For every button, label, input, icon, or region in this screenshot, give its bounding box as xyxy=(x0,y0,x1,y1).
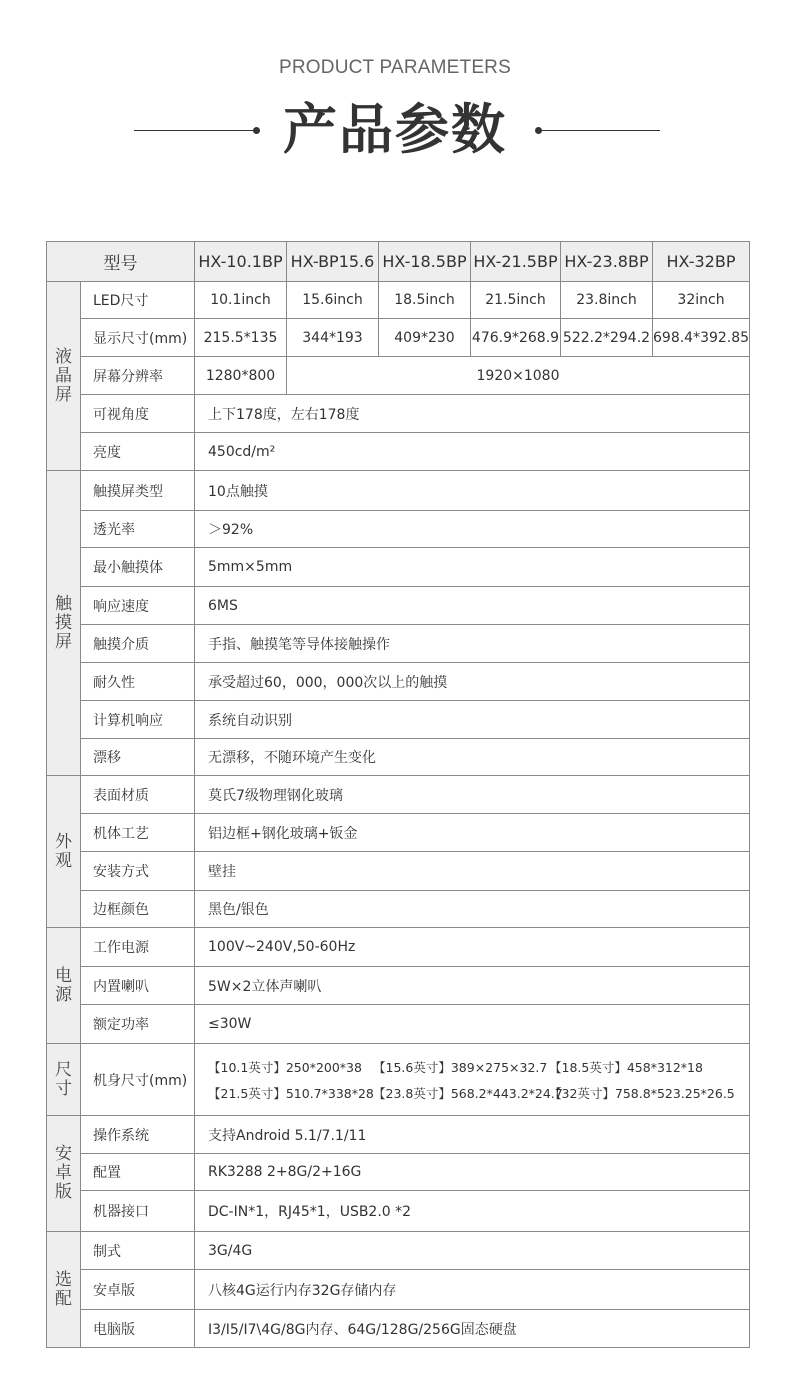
group-label-options: 选配 xyxy=(47,1232,81,1348)
dimension-value: 【21.5英寸】510.7*338*28 xyxy=(208,1084,373,1102)
cell-value: 100V~240V,50-60Hz xyxy=(195,928,750,967)
row-label: 安装方式 xyxy=(81,852,195,891)
cell-value: 10.1inch xyxy=(195,282,287,319)
row-label: 可视角度 xyxy=(81,395,195,433)
cell-value: 15.6inch xyxy=(287,282,379,319)
row-label: 电脑版 xyxy=(81,1310,195,1348)
table-header-row: 型号 HX-10.1BP HX-BP15.6 HX-18.5BP HX-21.5… xyxy=(47,242,750,282)
cell-value: 无漂移，不随环境产生变化 xyxy=(195,739,750,776)
row-label: 计算机响应 xyxy=(81,701,195,739)
table-row: 安卓版 八核4G运行内存32G存储内存 xyxy=(47,1270,750,1310)
row-label: 触摸屏类型 xyxy=(81,471,195,511)
table-row: 边框颜色 黑色/银色 xyxy=(47,891,750,928)
model-header: HX-32BP xyxy=(653,242,750,282)
dimension-value: 【32英寸】758.8*523.25*26.5 xyxy=(549,1084,719,1102)
row-label: 表面材质 xyxy=(81,776,195,814)
table-row: 选配 制式 3G/4G xyxy=(47,1232,750,1270)
table-row: 漂移 无漂移，不随环境产生变化 xyxy=(47,739,750,776)
dimension-value: 【10.1英寸】250*200*38 xyxy=(208,1058,373,1076)
cell-value: 5W×2立体声喇叭 xyxy=(195,967,750,1005)
table-row: 安卓版 操作系统 支持Android 5.1/7.1/11 xyxy=(47,1116,750,1154)
table-row: 计算机响应 系统自动识别 xyxy=(47,701,750,739)
table-row: 液晶屏 LED尺寸 10.1inch 15.6inch 18.5inch 21.… xyxy=(47,282,750,319)
table-row: 响应速度 6MS xyxy=(47,587,750,625)
dimension-value: 【18.5英寸】458*312*18 xyxy=(549,1058,719,1076)
row-label: 边框颜色 xyxy=(81,891,195,928)
cell-value: 八核4G运行内存32G存储内存 xyxy=(195,1270,750,1310)
group-label-lcd: 液晶屏 xyxy=(47,282,81,471)
cell-value: ≤30W xyxy=(195,1005,750,1044)
table-row: 透光率 ＞92% xyxy=(47,511,750,548)
table-row: 机器接口 DC-IN*1，RJ45*1，USB2.0 *2 xyxy=(47,1191,750,1232)
group-label-android: 安卓版 xyxy=(47,1116,81,1232)
table-row: 触摸介质 手指、触摸笔等导体接触操作 xyxy=(47,625,750,663)
table-row: 最小触摸体 5mm×5mm xyxy=(47,548,750,587)
model-header: HX-BP15.6 xyxy=(287,242,379,282)
row-label: 显示尺寸(mm) xyxy=(81,319,195,357)
cell-value: 21.5inch xyxy=(471,282,561,319)
cell-value: 23.8inch xyxy=(561,282,653,319)
dimensions-cell: 【10.1英寸】250*200*38 【15.6英寸】389×275×32.7 … xyxy=(195,1044,750,1116)
table-row: 额定功率 ≤30W xyxy=(47,1005,750,1044)
table-row: 显示尺寸(mm) 215.5*135 344*193 409*230 476.9… xyxy=(47,319,750,357)
cell-value: 476.9*268.9 xyxy=(471,319,561,357)
row-label: 触摸介质 xyxy=(81,625,195,663)
row-label: 机体工艺 xyxy=(81,814,195,852)
table-row: 尺寸 机身尺寸(mm) 【10.1英寸】250*200*38 【15.6英寸】3… xyxy=(47,1044,750,1116)
cell-value: 5mm×5mm xyxy=(195,548,750,587)
row-label: 亮度 xyxy=(81,433,195,471)
group-label-power: 电源 xyxy=(47,928,81,1044)
spec-table: 型号 HX-10.1BP HX-BP15.6 HX-18.5BP HX-21.5… xyxy=(46,241,750,1348)
row-label: 内置喇叭 xyxy=(81,967,195,1005)
table-row: 屏幕分辨率 1280*800 1920×1080 xyxy=(47,357,750,395)
table-row: 内置喇叭 5W×2立体声喇叭 xyxy=(47,967,750,1005)
page-title: 产品参数 xyxy=(0,98,790,162)
cell-value: 1920×1080 xyxy=(287,357,750,395)
group-label-dimensions: 尺寸 xyxy=(47,1044,81,1116)
row-label: LED尺寸 xyxy=(81,282,195,319)
cell-value: 上下178度，左右178度 xyxy=(195,395,750,433)
row-label: 最小触摸体 xyxy=(81,548,195,587)
cell-value: 1280*800 xyxy=(195,357,287,395)
row-label: 耐久性 xyxy=(81,663,195,701)
row-label: 透光率 xyxy=(81,511,195,548)
table-row: 机体工艺 铝边框+钢化玻璃+钣金 xyxy=(47,814,750,852)
group-label-touch: 触摸屏 xyxy=(47,471,81,776)
table-row: 配置 RK3288 2+8G/2+16G xyxy=(47,1154,750,1191)
cell-value: 承受超过60，000，000次以上的触摸 xyxy=(195,663,750,701)
cell-value: 344*193 xyxy=(287,319,379,357)
table-row: 触摸屏 触摸屏类型 10点触摸 xyxy=(47,471,750,511)
cell-value: 铝边框+钢化玻璃+钣金 xyxy=(195,814,750,852)
row-label: 额定功率 xyxy=(81,1005,195,1044)
table-row: 可视角度 上下178度，左右178度 xyxy=(47,395,750,433)
cell-value: 壁挂 xyxy=(195,852,750,891)
dimension-value: 【23.8英寸】568.2*443.2*24.7 xyxy=(373,1084,549,1102)
cell-value: 522.2*294.2 xyxy=(561,319,653,357)
cell-value: 215.5*135 xyxy=(195,319,287,357)
row-label: 响应速度 xyxy=(81,587,195,625)
cell-value: 18.5inch xyxy=(379,282,471,319)
table-row: 安装方式 壁挂 xyxy=(47,852,750,891)
cell-value: 3G/4G xyxy=(195,1232,750,1270)
table-row: 亮度 450cd/m² xyxy=(47,433,750,471)
row-label: 屏幕分辨率 xyxy=(81,357,195,395)
cell-value: 698.4*392.85 xyxy=(653,319,750,357)
model-header: HX-21.5BP xyxy=(471,242,561,282)
decorative-line-right xyxy=(540,130,660,131)
table-row: 电源 工作电源 100V~240V,50-60Hz xyxy=(47,928,750,967)
page-subtitle: PRODUCT PARAMETERS xyxy=(0,57,790,79)
row-label: 机器接口 xyxy=(81,1191,195,1232)
row-label: 机身尺寸(mm) xyxy=(81,1044,195,1116)
cell-value: 莫氏7级物理钢化玻璃 xyxy=(195,776,750,814)
table-row: 外观 表面材质 莫氏7级物理钢化玻璃 xyxy=(47,776,750,814)
cell-value: ＞92% xyxy=(195,511,750,548)
cell-value: 黑色/银色 xyxy=(195,891,750,928)
cell-value: DC-IN*1，RJ45*1，USB2.0 *2 xyxy=(195,1191,750,1232)
row-label: 安卓版 xyxy=(81,1270,195,1310)
cell-value: 支持Android 5.1/7.1/11 xyxy=(195,1116,750,1154)
cell-value: 32inch xyxy=(653,282,750,319)
model-header-label: 型号 xyxy=(47,242,195,282)
cell-value: 手指、触摸笔等导体接触操作 xyxy=(195,625,750,663)
cell-value: 409*230 xyxy=(379,319,471,357)
model-header: HX-23.8BP xyxy=(561,242,653,282)
row-label: 工作电源 xyxy=(81,928,195,967)
cell-value: 系统自动识别 xyxy=(195,701,750,739)
cell-value: 10点触摸 xyxy=(195,471,750,511)
model-header: HX-18.5BP xyxy=(379,242,471,282)
cell-value: 6MS xyxy=(195,587,750,625)
row-label: 操作系统 xyxy=(81,1116,195,1154)
model-header: HX-10.1BP xyxy=(195,242,287,282)
table-row: 耐久性 承受超过60，000，000次以上的触摸 xyxy=(47,663,750,701)
cell-value: 450cd/m² xyxy=(195,433,750,471)
row-label: 漂移 xyxy=(81,739,195,776)
cell-value: RK3288 2+8G/2+16G xyxy=(195,1154,750,1191)
table-row: 电脑版 I3/I5/I7\4G/8G内存、64G/128G/256G固态硬盘 xyxy=(47,1310,750,1348)
cell-value: I3/I5/I7\4G/8G内存、64G/128G/256G固态硬盘 xyxy=(195,1310,750,1348)
group-label-appearance: 外观 xyxy=(47,776,81,928)
row-label: 配置 xyxy=(81,1154,195,1191)
row-label: 制式 xyxy=(81,1232,195,1270)
dimension-value: 【15.6英寸】389×275×32.7 xyxy=(373,1058,549,1076)
